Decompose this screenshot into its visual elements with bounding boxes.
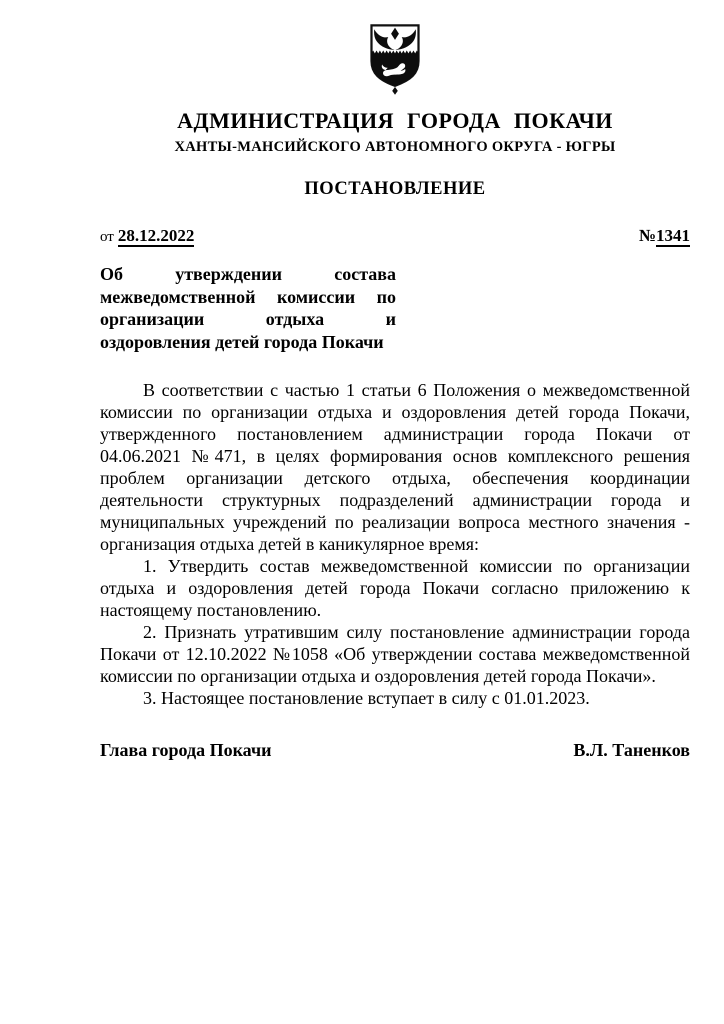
body-paragraph-preamble: В соответствии с частью 1 статьи 6 Полож… bbox=[100, 379, 690, 555]
number-sign: № bbox=[639, 226, 656, 245]
body-paragraph-item-2: 2. Признать утратившим силу постановлени… bbox=[100, 621, 690, 687]
document-page: АДМИНИСТРАЦИЯ ГОРОДА ПОКАЧИ ХАНТЫ-МАНСИЙ… bbox=[0, 0, 724, 1024]
date-value: 28.12.2022 bbox=[118, 226, 195, 247]
document-subject: Об утверждении состава межведомственной … bbox=[100, 263, 396, 353]
pokachi-coat-of-arms-icon bbox=[367, 22, 423, 97]
signature-name: В.Л. Таненков bbox=[573, 739, 690, 761]
document-type-heading: ПОСТАНОВЛЕНИЕ bbox=[100, 178, 690, 200]
document-number: №1341 bbox=[639, 225, 690, 247]
date-label: от bbox=[100, 229, 114, 245]
number-value: 1341 bbox=[656, 226, 690, 247]
coat-of-arms bbox=[100, 22, 690, 102]
document-date: от 28.12.2022 bbox=[100, 225, 194, 248]
document-body: В соответствии с частью 1 статьи 6 Полож… bbox=[100, 379, 690, 709]
body-paragraph-item-1: 1. Утвердить состав межведомственной ком… bbox=[100, 555, 690, 621]
document-requisites-row: от 28.12.2022 №1341 bbox=[100, 225, 690, 248]
signature-row: Глава города Покачи В.Л. Таненков bbox=[100, 739, 690, 761]
signature-position-title: Глава города Покачи bbox=[100, 739, 271, 761]
organization-title: АДМИНИСТРАЦИЯ ГОРОДА ПОКАЧИ bbox=[100, 107, 690, 134]
organization-region: ХАНТЫ-МАНСИЙСКОГО АВТОНОМНОГО ОКРУГА - Ю… bbox=[100, 138, 690, 156]
body-paragraph-item-3: 3. Настоящее постановление вступает в си… bbox=[100, 687, 690, 709]
